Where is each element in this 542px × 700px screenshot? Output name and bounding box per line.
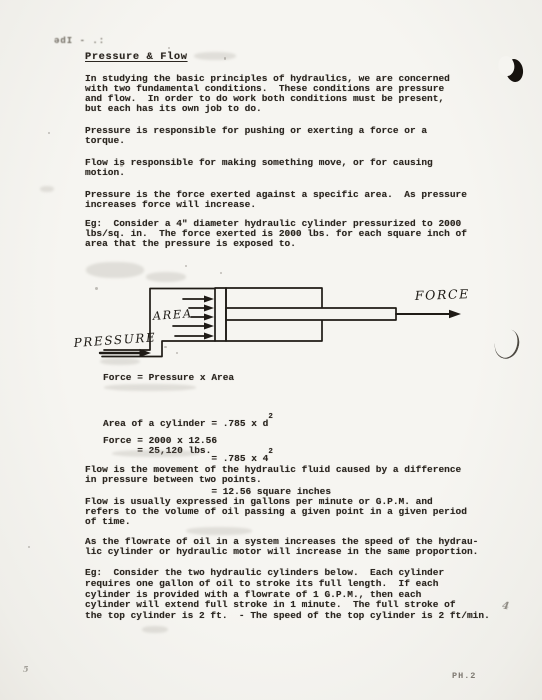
area-arrowhead [204, 333, 214, 340]
text-line: lic cylinder or hydraulic motor will inc… [85, 547, 478, 557]
scan-smudge [194, 52, 236, 60]
paragraph-pressure-role: Pressure is responsible for pushing or e… [85, 126, 427, 146]
scan-smudge [104, 384, 196, 391]
paragraph-pressure-example: Eg: Consider a 4" diameter hydraulic cyl… [85, 219, 467, 249]
scan-speck [185, 265, 187, 267]
scanned-document-page: ədI - .: Pressure & Flow In studying the… [0, 0, 542, 700]
paragraph-flow-units: Flow is usually expressed in gallons per… [85, 497, 467, 527]
scan-speck [176, 352, 178, 354]
crescent-bite [497, 55, 516, 77]
scan-smudge [142, 626, 168, 633]
scribble-arc-artifact [491, 326, 522, 361]
page-number: PH.2 [452, 672, 476, 681]
scan-speck [48, 132, 50, 134]
scan-smudge [100, 358, 140, 365]
diagram-label-pressure: PRESSURE [72, 330, 157, 350]
hydraulic-cylinder-diagram: AREA PRESSURE FORCE [68, 280, 488, 368]
area-arrowhead [204, 305, 214, 312]
area-arrowhead [204, 323, 214, 330]
scan-speck [164, 346, 167, 348]
document-title: Pressure & Flow [85, 52, 188, 62]
text-line: Flow is responsible for making something… [85, 158, 433, 168]
paragraph-flow-definition: Flow is the movement of the hydraulic fl… [85, 465, 461, 485]
area-arrowhead [204, 296, 214, 303]
bleed-through-text: ədI - .: [54, 37, 105, 46]
scan-speck [120, 164, 123, 167]
scan-speck [95, 287, 98, 290]
text-line: motion. [85, 168, 433, 178]
text-line: area that the pressure is exposed to. [85, 239, 467, 249]
force-arrowhead [449, 310, 461, 319]
superscript: 2 [268, 413, 273, 421]
scan-speck [28, 546, 30, 548]
text-line: the top cylinder is 2 ft. - The speed of… [85, 611, 490, 622]
text-line: torque. [85, 136, 427, 146]
paragraph-intro: In studying the basic principles of hydr… [85, 74, 450, 114]
piston-rod [226, 308, 396, 320]
text-line: of time. [85, 517, 467, 527]
text-line: requires one gallon of oil to stroke its… [85, 579, 490, 590]
diagram-label-area: AREA [151, 306, 193, 323]
scan-speck [168, 47, 170, 49]
paragraph-pressure-definition: Pressure is the force exerted against a … [85, 190, 467, 210]
paragraph-flowrate-speed: As the flowrate of oil in a system incre… [85, 537, 478, 557]
paragraph-flow-example: Eg: Consider the two hydraulic cylinders… [85, 568, 490, 622]
formula-text: Area of a cylinder = .785 x d [103, 418, 268, 429]
edge-mark-right: 4 [501, 602, 509, 613]
text-line: refers to the volume of oil passing a gi… [85, 507, 467, 517]
area-arrowhead [204, 314, 214, 321]
text-line: in pressure between two points. [85, 475, 461, 485]
binder-shadow-crescent-icon [504, 58, 524, 83]
piston [215, 288, 226, 341]
superscript: 2 [268, 448, 273, 456]
scan-speck [224, 57, 226, 60]
text-line: but each has its own job to do. [85, 104, 450, 114]
scan-smudge [40, 186, 54, 192]
scan-smudge [146, 272, 186, 282]
scan-smudge [112, 450, 200, 457]
edge-mark-bottom-left: 5 [23, 664, 29, 674]
diagram-label-force: FORCE [414, 286, 471, 303]
scan-smudge [86, 262, 144, 278]
paragraph-flow-role: Flow is responsible for making something… [85, 158, 433, 178]
formula-line: Area of a cylinder = .785 x d2 [103, 416, 331, 429]
scan-smudge [186, 527, 252, 535]
formula-force-equation: Force = Pressure x Area [103, 373, 234, 383]
text-line: increases force will increase. [85, 200, 467, 210]
scan-speck [220, 272, 222, 274]
text-line: Pressure is responsible for pushing or e… [85, 126, 427, 136]
